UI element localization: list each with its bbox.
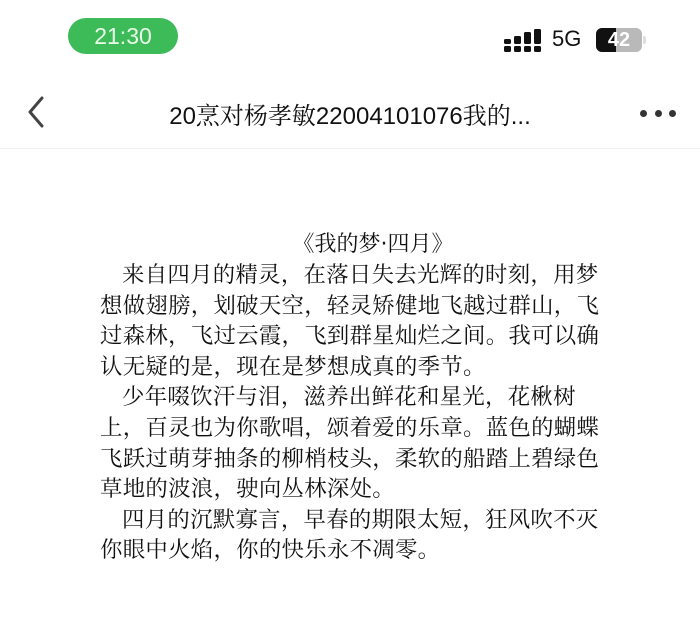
poem-title: 《我的梦·四月》 <box>100 230 620 260</box>
nav-bar: 20烹对杨孝敏22004101076我的... <box>0 78 700 149</box>
status-time[interactable]: 21:30 <box>68 18 178 54</box>
paragraph: 少年啜饮汗与泪，滋养出鲜花和星光，花楸树上，百灵也为你歌唱，颂着爱的乐章。蓝色的… <box>100 382 620 504</box>
page-title: 20烹对杨孝敏22004101076我的... <box>110 96 590 131</box>
battery-tip <box>643 36 646 44</box>
cellular-signal-icon <box>504 29 542 53</box>
paragraph: 来自四月的精灵，在落日失去光辉的时刻，用梦想做翅膀，划破天空，轻灵矫健地飞越过群… <box>100 260 620 382</box>
network-type: 5G <box>552 26 581 52</box>
battery-icon: 42 <box>596 28 642 52</box>
battery-level: 42 <box>596 28 642 52</box>
more-horizontal-icon <box>640 110 647 117</box>
paragraph: 四月的沉默寡言，早春的期限太短，狂风吹不灭你眼中火焰，你的快乐永不凋零。 <box>100 505 620 566</box>
more-horizontal-icon <box>655 110 662 117</box>
more-options-button[interactable] <box>640 108 676 118</box>
chevron-left-icon[interactable] <box>22 94 52 130</box>
more-horizontal-icon <box>669 110 676 117</box>
status-bar: 21:30 5G 42 <box>0 0 700 70</box>
article-body: 《我的梦·四月》 来自四月的精灵，在落日失去光辉的时刻，用梦想做翅膀，划破天空，… <box>100 230 620 566</box>
